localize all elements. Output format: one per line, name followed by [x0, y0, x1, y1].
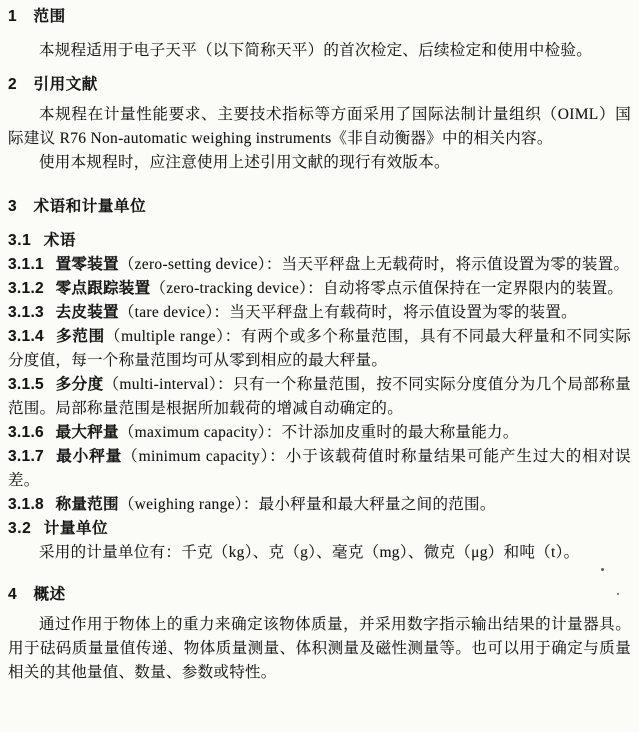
term-definition: 不计添加皮重时的最大称量能力。 — [282, 424, 519, 441]
document-page: 1范围 本规程适用于电子天平（以下简称天平）的首次检定、后续检定和使用中检验。 … — [0, 0, 639, 732]
section-3-title: 术语和计量单位 — [34, 198, 147, 215]
section-3-number: 3 — [8, 198, 17, 215]
term-number: 3.1.2 — [8, 280, 44, 297]
term-definition: 最小秤量和最大秤量之间的范围。 — [259, 496, 496, 513]
scan-speck — [601, 568, 604, 571]
term-english: （weighing range）： — [119, 496, 259, 513]
term-3-1-4: 3.1.4多范围（multiple range）：有两个或多个称量范围，具有不同… — [8, 325, 631, 373]
section-1-number: 1 — [8, 8, 17, 25]
subsection-3-1-number: 3.1 — [8, 232, 31, 249]
term-english: （tare device）： — [119, 304, 230, 321]
term-name: 多范围 — [56, 328, 105, 345]
subsection-3-2-number: 3.2 — [8, 520, 31, 537]
term-3-1-6: 3.1.6最大秤量（maximum capacity）：不计添加皮重时的最大称量… — [8, 421, 631, 445]
term-number: 3.1.5 — [8, 376, 44, 393]
section-4-title: 概述 — [34, 586, 66, 603]
section-4-number: 4 — [8, 586, 17, 603]
section-2-title: 引用文献 — [34, 76, 98, 93]
scan-speck — [617, 593, 619, 595]
term-name: 置零装置 — [56, 256, 119, 273]
term-3-1-1: 3.1.1置零装置（zero-setting device）：当天平秤盘上无载荷… — [8, 253, 631, 277]
term-name: 去皮装置 — [56, 304, 119, 321]
term-definition: 当天平秤盘上有载荷时，将示值设置为零的装置。 — [229, 304, 577, 321]
term-name: 多分度 — [56, 376, 104, 393]
term-english: （zero-tracking device）： — [150, 280, 323, 297]
units-paragraph: 采用的计量单位有：千克（kg）、克（g）、毫克（mg）、微克（μg）和吨（t）。 — [8, 541, 631, 565]
section-2-heading: 2引用文献 — [8, 73, 631, 97]
section-2-paragraph-1: 本规程在计量性能要求、主要技术指标等方面采用了国际法制计量组织（OIML）国际建… — [8, 103, 631, 151]
term-english: （multiple range）： — [105, 328, 241, 345]
term-name: 零点跟踪装置 — [56, 280, 151, 297]
term-definition: 当天平秤盘上无载荷时，将示值设置为零的装置。 — [282, 256, 630, 273]
term-english: （multi-interval）： — [104, 376, 234, 393]
term-number: 3.1.7 — [8, 448, 44, 465]
term-name: 称量范围 — [56, 496, 119, 513]
term-english: （zero-setting device）： — [119, 256, 282, 273]
section-1-paragraph: 本规程适用于电子天平（以下简称天平）的首次检定、后续检定和使用中检验。 — [8, 39, 631, 63]
section-2-paragraph-2: 使用本规程时，应注意使用上述引用文献的现行有效版本。 — [8, 151, 631, 175]
subsection-3-1-heading: 3.1术语 — [8, 229, 631, 253]
term-number: 3.1.8 — [8, 496, 44, 513]
term-3-1-7: 3.1.7最小秤量（minimum capacity）：小于该载荷值时称量结果可… — [8, 445, 631, 493]
subsection-3-2-title: 计量单位 — [44, 520, 108, 537]
term-3-1-5: 3.1.5多分度（multi-interval）：只有一个称量范围，按不同实际分… — [8, 373, 631, 421]
term-english: （minimum capacity）： — [122, 448, 286, 465]
term-definition: 自动将零点示值保持在一定界限内的装置。 — [323, 280, 623, 297]
section-1-title: 范围 — [34, 8, 66, 25]
subsection-3-1-title: 术语 — [44, 232, 76, 249]
section-1-heading: 1范围 — [8, 5, 631, 29]
section-4-paragraph: 通过作用于物体上的重力来确定该物体质量，并采用数字指示输出结果的计量器具。用于砝… — [8, 613, 631, 685]
term-number: 3.1.1 — [8, 256, 44, 273]
section-2-number: 2 — [8, 76, 17, 93]
section-4-heading: 4概述 — [8, 583, 631, 607]
subsection-3-2-heading: 3.2计量单位 — [8, 517, 631, 541]
term-name: 最小秤量 — [56, 448, 123, 465]
term-number: 3.1.3 — [8, 304, 44, 321]
term-3-1-8: 3.1.8称量范围（weighing range）：最小秤量和最大秤量之间的范围… — [8, 493, 631, 517]
term-number: 3.1.6 — [8, 424, 44, 441]
term-english: （maximum capacity）： — [119, 424, 282, 441]
term-number: 3.1.4 — [8, 328, 44, 345]
term-3-1-2: 3.1.2零点跟踪装置（zero-tracking device）：自动将零点示… — [8, 277, 631, 301]
term-3-1-3: 3.1.3去皮装置（tare device）：当天平秤盘上有载荷时，将示值设置为… — [8, 301, 631, 325]
term-name: 最大秤量 — [56, 424, 119, 441]
section-3-heading: 3术语和计量单位 — [8, 195, 631, 219]
